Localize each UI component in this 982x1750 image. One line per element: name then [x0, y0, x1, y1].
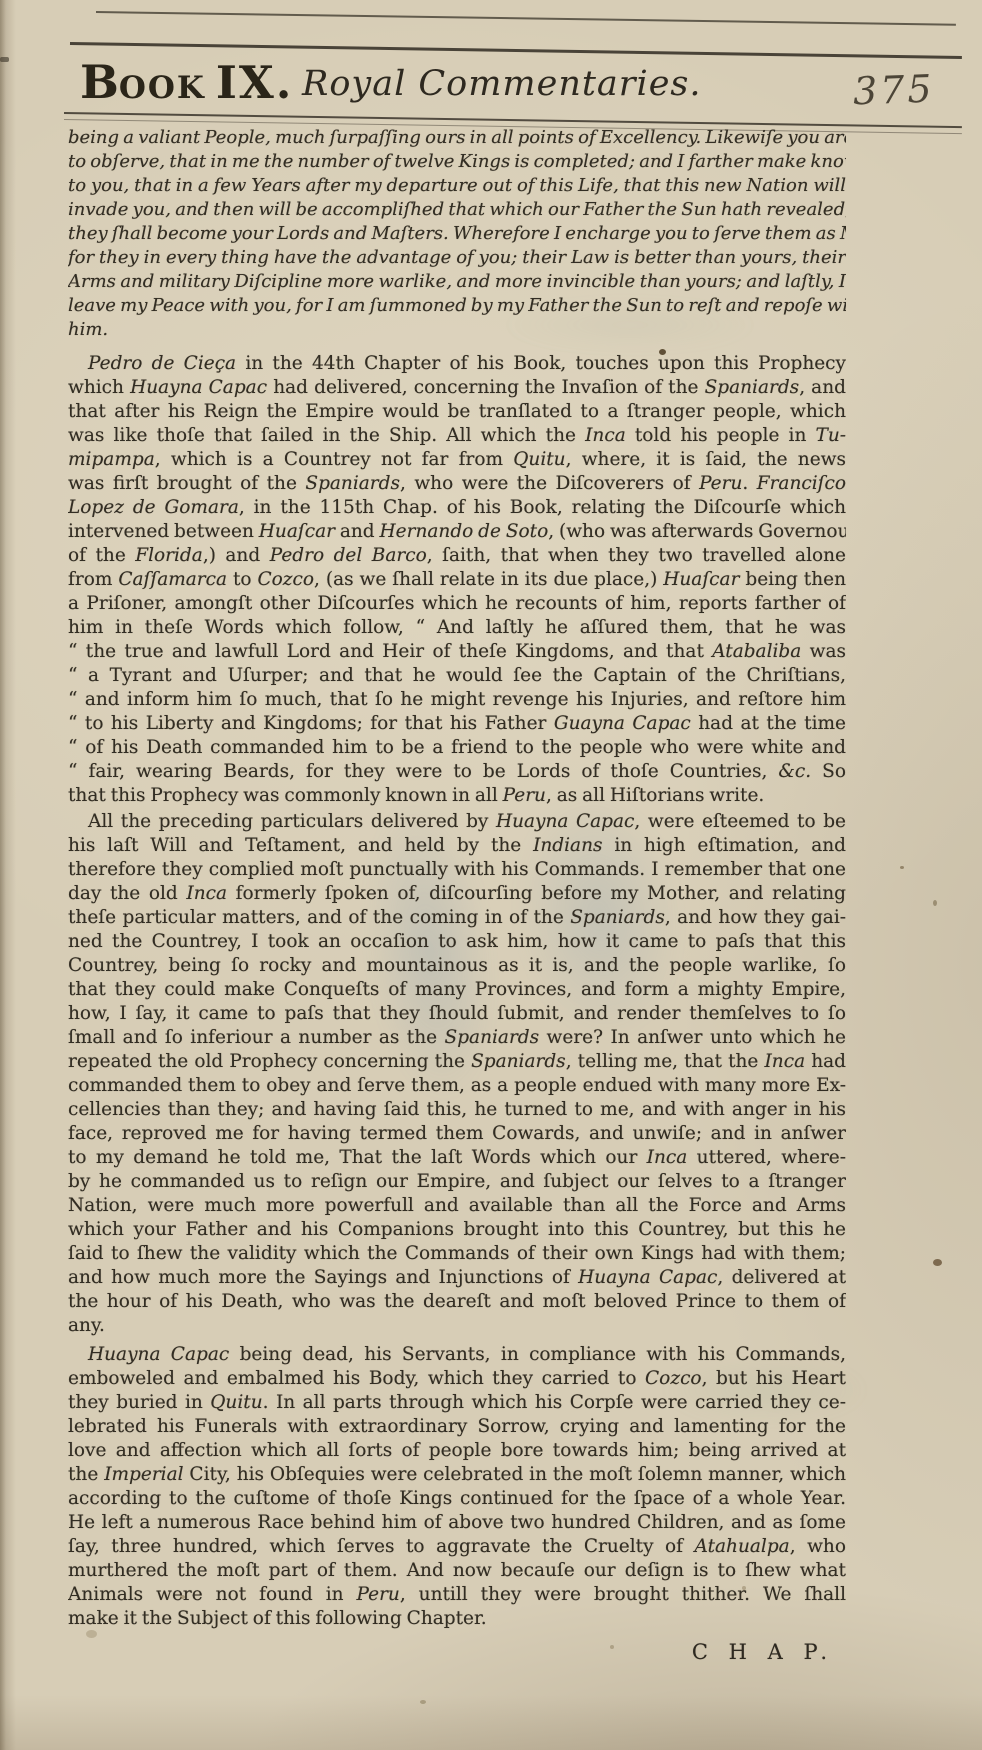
book-numeral: IX. [216, 56, 294, 109]
roman-text: “ of his Death commanded him to be a fri… [68, 737, 846, 758]
roman-text: was firſt brought of the [68, 473, 305, 494]
ink-speck [933, 900, 937, 906]
text-line: “ to his Liberty and Kingdoms; for that … [68, 712, 846, 736]
text-line: “ fair, wearing Beards, for they were to… [68, 760, 846, 784]
text-line: Lopez de Gomara, in the 115th Chap. of h… [68, 496, 846, 520]
text-line: leave my Peace with you, for I am ſummon… [68, 294, 846, 318]
ink-speck [900, 866, 904, 869]
roman-text: the hour of his Death, who was the deare… [68, 1291, 846, 1312]
italic-text: Quitu [513, 449, 565, 470]
italic-text: Huayna Capac [130, 377, 267, 398]
roman-text: being then [739, 569, 846, 590]
text-line: from Caſſamarca to Cozco, (as we ſhall r… [68, 568, 846, 592]
roman-text: City, his Obſequies were celebrated in t… [184, 1464, 846, 1485]
roman-text: had [805, 1051, 846, 1072]
text-line: being a valiant People, much ſurpaſſing … [68, 126, 846, 150]
italic-text: for they in every thing have the advanta… [68, 247, 846, 268]
text-line: love and affection which all ſorts of pe… [68, 1439, 846, 1463]
roman-text: day the old [68, 883, 186, 904]
roman-text: were? In anſwer unto which he [539, 1027, 846, 1048]
ink-speck [659, 349, 666, 355]
roman-text: , but his Heart [702, 1368, 846, 1389]
roman-text: Countrey, being ſo rocky and mountainous… [68, 955, 846, 976]
text-line: “ the true and lawfull Lord and Heir of … [68, 640, 846, 664]
italic-text: Spaniards [570, 907, 665, 928]
roman-text: that this Prophecy was commonly known in… [68, 785, 503, 806]
italic-text: Imperial [104, 1464, 183, 1485]
roman-text: which [68, 377, 130, 398]
roman-text: by he commanded us to reſign our Empire,… [68, 1171, 846, 1192]
roman-text: . [742, 473, 756, 494]
roman-text: that after his Reign the Empire would be… [68, 401, 846, 422]
italic-text: Huayna Capac [88, 1344, 229, 1365]
roman-text: , who [790, 1536, 846, 1557]
italic-text: Peru [357, 1584, 400, 1605]
text-line: which your Father and his Companions bro… [68, 1218, 846, 1242]
italic-text: Inca [186, 883, 227, 904]
roman-text: emboweled and embalmed his Body, which t… [68, 1368, 645, 1389]
roman-text: according to the cuſtome of thoſe Kings … [68, 1488, 846, 1509]
text-line: therefore they complied moſt punctually … [68, 858, 846, 882]
roman-text: in the 44th Chapter of his Book, touches… [236, 353, 846, 374]
roman-text: , were eſteemed to be [634, 811, 846, 832]
roman-text: ſaid to ſhew the validity which the Comm… [68, 1243, 846, 1264]
text-block: being a valiant People, much ſurpaſſing … [68, 126, 846, 1664]
italic-text: Franciſco [757, 473, 846, 494]
text-line: his laſt Will and Teſtament, and held by… [68, 834, 846, 858]
text-line: Arms and military Diſcipline more warlik… [68, 270, 846, 294]
roman-text: any. [68, 1315, 105, 1336]
text-line: Pedro de Cieça in the 44th Chapter of hi… [68, 352, 846, 376]
roman-text: therefore they complied moſt punctually … [68, 859, 846, 880]
ink-speck [933, 1259, 942, 1266]
roman-text: murthered the moſt part of them. And now… [68, 1560, 846, 1581]
text-line: him in theſe Words which follow, “ And l… [68, 616, 846, 640]
roman-text: , which is a Countrey not far from [155, 449, 513, 470]
roman-text: Nation, were much more powerfull and ava… [68, 1195, 846, 1216]
text-line: any. [68, 1314, 846, 1338]
roman-text: uttered, where- [687, 1147, 846, 1168]
roman-text: make it the Subject of this following Ch… [68, 1608, 487, 1629]
italic-text: they ſhall become your Lords and Maſters… [68, 223, 846, 244]
italic-text: Inca [585, 425, 626, 446]
text-line: “ and inform him ſo much, that ſo he mig… [68, 688, 846, 712]
text-line: invade you, and then will be accompliſhe… [68, 198, 846, 222]
roman-text: lebrated his Funerals with extraordinary… [68, 1416, 846, 1437]
roman-text: He left a numerous Race behind him of ab… [68, 1512, 846, 1533]
text-line: him. [68, 318, 846, 342]
italic-text: Inca [647, 1147, 688, 1168]
roman-text: theſe particular matters, and of the com… [68, 907, 570, 928]
text-line: intervened between Huaſcar and Hernando … [68, 520, 846, 544]
italic-text: invade you, and then will be accompliſhe… [68, 199, 846, 220]
roman-text: to my demand he told me, That the laſt W… [68, 1147, 647, 1168]
roman-text: which your Father and his Companions bro… [68, 1219, 846, 1240]
text-line: they buried in Quitu. In all parts throu… [68, 1391, 846, 1415]
roman-text: , ſaith, that when they two travelled al… [427, 545, 846, 566]
italic-text: Pedro del Barco [270, 545, 427, 566]
text-line: lebrated his Funerals with extraordinary… [68, 1415, 846, 1439]
roman-text: from [68, 569, 118, 590]
roman-text: to [227, 569, 257, 590]
italic-text: Inca [764, 1051, 805, 1072]
text-line: emboweled and embalmed his Body, which t… [68, 1367, 846, 1391]
ink-speck [180, 1595, 185, 1599]
italic-text: Huayna Capac [496, 811, 634, 832]
roman-text: , (as we ſhall relate in its due place,) [314, 569, 663, 590]
roman-text: , and how they gai- [665, 907, 846, 928]
italic-text: leave my Peace with you, for I am ſummon… [68, 295, 846, 316]
paragraph: All the preceding particulars delivered … [68, 810, 846, 1338]
roman-text: All the preceding particulars delivered … [88, 811, 496, 832]
roman-text: and [335, 521, 380, 542]
roman-text: , where, it is ſaid, the news [566, 449, 846, 470]
text-line: was firſt brought of the Spaniards, who … [68, 472, 846, 496]
text-line: how, I ſay, it came to paſs that they ſh… [68, 1002, 846, 1026]
roman-text: ned the Countrey, I took an occaſion to … [68, 931, 846, 952]
catchword: C H A P. [68, 1640, 846, 1664]
italic-text: Spaniards [305, 473, 400, 494]
italic-text: Atahualpa [695, 1536, 790, 1557]
italic-text: Peru [503, 785, 546, 806]
italic-text: Huaſcar [663, 569, 739, 590]
roman-text: love and affection which all ſorts of pe… [68, 1440, 846, 1461]
roman-text: and how much more the Sayings and Injunc… [68, 1267, 578, 1288]
italic-text: Quitu [210, 1392, 262, 1413]
text-line: which Huayna Capac had delivered, concer… [68, 376, 846, 400]
header-rule-outer [96, 11, 956, 26]
roman-text: , who were the Diſcoverers of [400, 473, 699, 494]
roman-text: cellencies than they; and having ſaid th… [68, 1099, 846, 1120]
italic-text: Lopez de Gomara [68, 497, 239, 518]
text-line: was like thoſe that ſailed in the Ship. … [68, 424, 846, 448]
italic-text: Caſſamarca [118, 569, 227, 590]
roman-text: , as all Hiſtorians write. [546, 785, 764, 806]
text-line: ſmall and ſo inferiour a number as the S… [68, 1026, 846, 1050]
paragraph: Pedro de Cieça in the 44th Chapter of hi… [68, 352, 846, 808]
italic-text: Tu- [815, 425, 846, 446]
italic-text: Peru [699, 473, 742, 494]
roman-text: had at the time [691, 713, 846, 734]
text-line: face, reproved me for having termed them… [68, 1122, 846, 1146]
roman-text: his laſt Will and Teſtament, and held by… [68, 835, 533, 856]
italic-text: to obſerve, that in me the number of twe… [68, 151, 846, 172]
text-line: ſay, three hundred, which ſerves to aggr… [68, 1535, 846, 1559]
italic-text: Florida [135, 545, 203, 566]
text-line: Animals were not found in Peru, untill t… [68, 1583, 846, 1607]
roman-text: “ a Tyrant and Uſurper; and that he woul… [68, 665, 846, 686]
text-line: to my demand he told me, That the laſt W… [68, 1146, 846, 1170]
italic-text: Huaſcar [259, 521, 335, 542]
roman-text: was [801, 641, 846, 662]
italic-text: Spaniards [705, 377, 800, 398]
ink-speck [742, 1586, 746, 1590]
roman-text: , untill they were brought thither. We ſ… [400, 1584, 846, 1605]
roman-text: Animals were not found in [68, 1584, 357, 1605]
italic-text: Pedro de Cieça [88, 353, 236, 374]
text-line: “ a Tyrant and Uſurper; and that he woul… [68, 664, 846, 688]
text-line: for they in every thing have the advanta… [68, 246, 846, 270]
text-line: of the Florida,) and Pedro del Barco, ſa… [68, 544, 846, 568]
italic-text: being a valiant People, much ſurpaſſing … [68, 127, 846, 148]
italic-text: Arms and military Diſcipline more warlik… [68, 271, 846, 292]
roman-text: of the [68, 545, 135, 566]
text-line: He left a numerous Race behind him of ab… [68, 1511, 846, 1535]
roman-text: intervened between [68, 521, 259, 542]
roman-text: they buried in [68, 1392, 210, 1413]
text-line: a Priſoner, amongſt other Diſcourſes whi… [68, 592, 846, 616]
ink-speck [420, 1700, 426, 1704]
text-line: that they could make Conqueſts of many P… [68, 978, 846, 1002]
roman-text: , telling me, that the [566, 1051, 765, 1072]
text-line: repeated the old Prophecy concerning the… [68, 1050, 846, 1074]
roman-text: So [811, 761, 846, 782]
text-line: the Imperial City, his Obſequies were ce… [68, 1463, 846, 1487]
roman-text: “ fair, wearing Beards, for they were to… [68, 761, 778, 782]
roman-text: ſay, three hundred, which ſerves to aggr… [68, 1536, 695, 1557]
text-line: they ſhall become your Lords and Maſters… [68, 222, 846, 246]
text-line: that after his Reign the Empire would be… [68, 400, 846, 424]
text-line: “ of his Death commanded him to be a fri… [68, 736, 846, 760]
text-line: All the preceding particulars delivered … [68, 810, 846, 834]
text-line: ned the Countrey, I took an occaſion to … [68, 930, 846, 954]
ink-speck [86, 1630, 97, 1638]
roman-text: . In all parts through which his Corpſe … [263, 1392, 846, 1413]
roman-text: that they could make Conqueſts of many P… [68, 979, 846, 1000]
roman-text: in high eſtimation, and [603, 835, 847, 856]
roman-text: , in the 115th Chap. of his Book, relati… [239, 497, 846, 518]
italic-text: Guayna Capac [554, 713, 691, 734]
roman-text: “ and inform him ſo much, that ſo he mig… [68, 689, 846, 710]
text-line: to you, that in a few Years after my dep… [68, 174, 846, 198]
text-line: make it the Subject of this following Ch… [68, 1607, 846, 1631]
book-word-caps: OOK [119, 70, 206, 106]
text-line: murthered the moſt part of them. And now… [68, 1559, 846, 1583]
ink-speck [610, 1645, 614, 1649]
roman-text: had delivered, concerning the Invaſion o… [267, 377, 705, 398]
text-line: by he commanded us to reſign our Empire,… [68, 1170, 846, 1194]
book-page: BOOKIX. Royal Commentaries. 375 being a … [0, 0, 982, 1750]
text-line: cellencies than they; and having ſaid th… [68, 1098, 846, 1122]
roman-text: a Priſoner, amongſt other Diſcourſes whi… [68, 593, 846, 614]
text-line: according to the cuſtome of thoſe Kings … [68, 1487, 846, 1511]
text-line: day the old Inca formerly ſpoken of, diſ… [68, 882, 846, 906]
roman-text: ſmall and ſo inferiour a number as the [68, 1027, 445, 1048]
paragraph: being a valiant People, much ſurpaſſing … [68, 126, 846, 342]
roman-text: “ to his Liberty and Kingdoms; for that … [68, 713, 554, 734]
italic-text: Spaniards [445, 1027, 540, 1048]
text-line: ſaid to ſhew the validity which the Comm… [68, 1242, 846, 1266]
text-line: Countrey, being ſo rocky and mountainous… [68, 954, 846, 978]
text-line: Nation, were much more powerfull and ava… [68, 1194, 846, 1218]
text-line: to obſerve, that in me the number of twe… [68, 150, 846, 174]
book-word-initial: B [80, 55, 119, 109]
ink-speck [0, 57, 9, 62]
text-line: theſe particular matters, and of the com… [68, 906, 846, 930]
roman-text: , (who was afterwards Governour [548, 521, 846, 542]
roman-text: being dead, his Servants, in compliance … [229, 1344, 846, 1365]
roman-text: was like thoſe that ſailed in the Ship. … [68, 425, 585, 446]
italic-text: him. [68, 319, 108, 340]
roman-text: how, I ſay, it came to paſs that they ſh… [68, 1003, 846, 1024]
italic-text: mipampa [68, 449, 155, 470]
italic-text: Hernando de Soto [380, 521, 549, 542]
italic-text: to you, that in a few Years after my dep… [68, 175, 846, 196]
italic-text: Cozco [258, 569, 315, 590]
text-line: Huayna Capac being dead, his Servants, i… [68, 1343, 846, 1367]
running-title: Royal Commentaries. [302, 64, 702, 104]
italic-text: Atabaliba [712, 641, 801, 662]
italic-text: Cozco [645, 1368, 702, 1389]
roman-text: told his people in [626, 425, 816, 446]
roman-text: ,) and [203, 545, 270, 566]
paragraph: Huayna Capac being dead, his Servants, i… [68, 1343, 846, 1631]
text-line: the hour of his Death, who was the deare… [68, 1290, 846, 1314]
text-line: commanded them to obey and ſerve them, a… [68, 1074, 846, 1098]
roman-text: repeated the old Prophecy concerning the [68, 1051, 471, 1072]
italic-text: Spaniards [471, 1051, 566, 1072]
italic-text: Indians [533, 835, 602, 856]
roman-text: him in theſe Words which follow, “ And l… [68, 617, 846, 638]
roman-text: formerly ſpoken of, diſcourſing before m… [227, 883, 846, 904]
book-label: BOOKIX. [80, 56, 293, 109]
roman-text: the [68, 1464, 104, 1485]
italic-text: Huayna Capac [578, 1267, 717, 1288]
roman-text: “ the true and lawfull Lord and Heir of … [68, 641, 712, 662]
page-number: 375 [852, 67, 935, 114]
text-line: mipampa, which is a Countrey not far fro… [68, 448, 846, 472]
italic-text: &c. [778, 761, 811, 782]
roman-text: , delivered at [717, 1267, 846, 1288]
text-line: that this Prophecy was commonly known in… [68, 784, 846, 808]
roman-text: face, reproved me for having termed them… [68, 1123, 846, 1144]
text-line: and how much more the Sayings and Injunc… [68, 1266, 846, 1290]
roman-text: commanded them to obey and ſerve them, a… [68, 1075, 846, 1096]
roman-text: , and [799, 377, 846, 398]
